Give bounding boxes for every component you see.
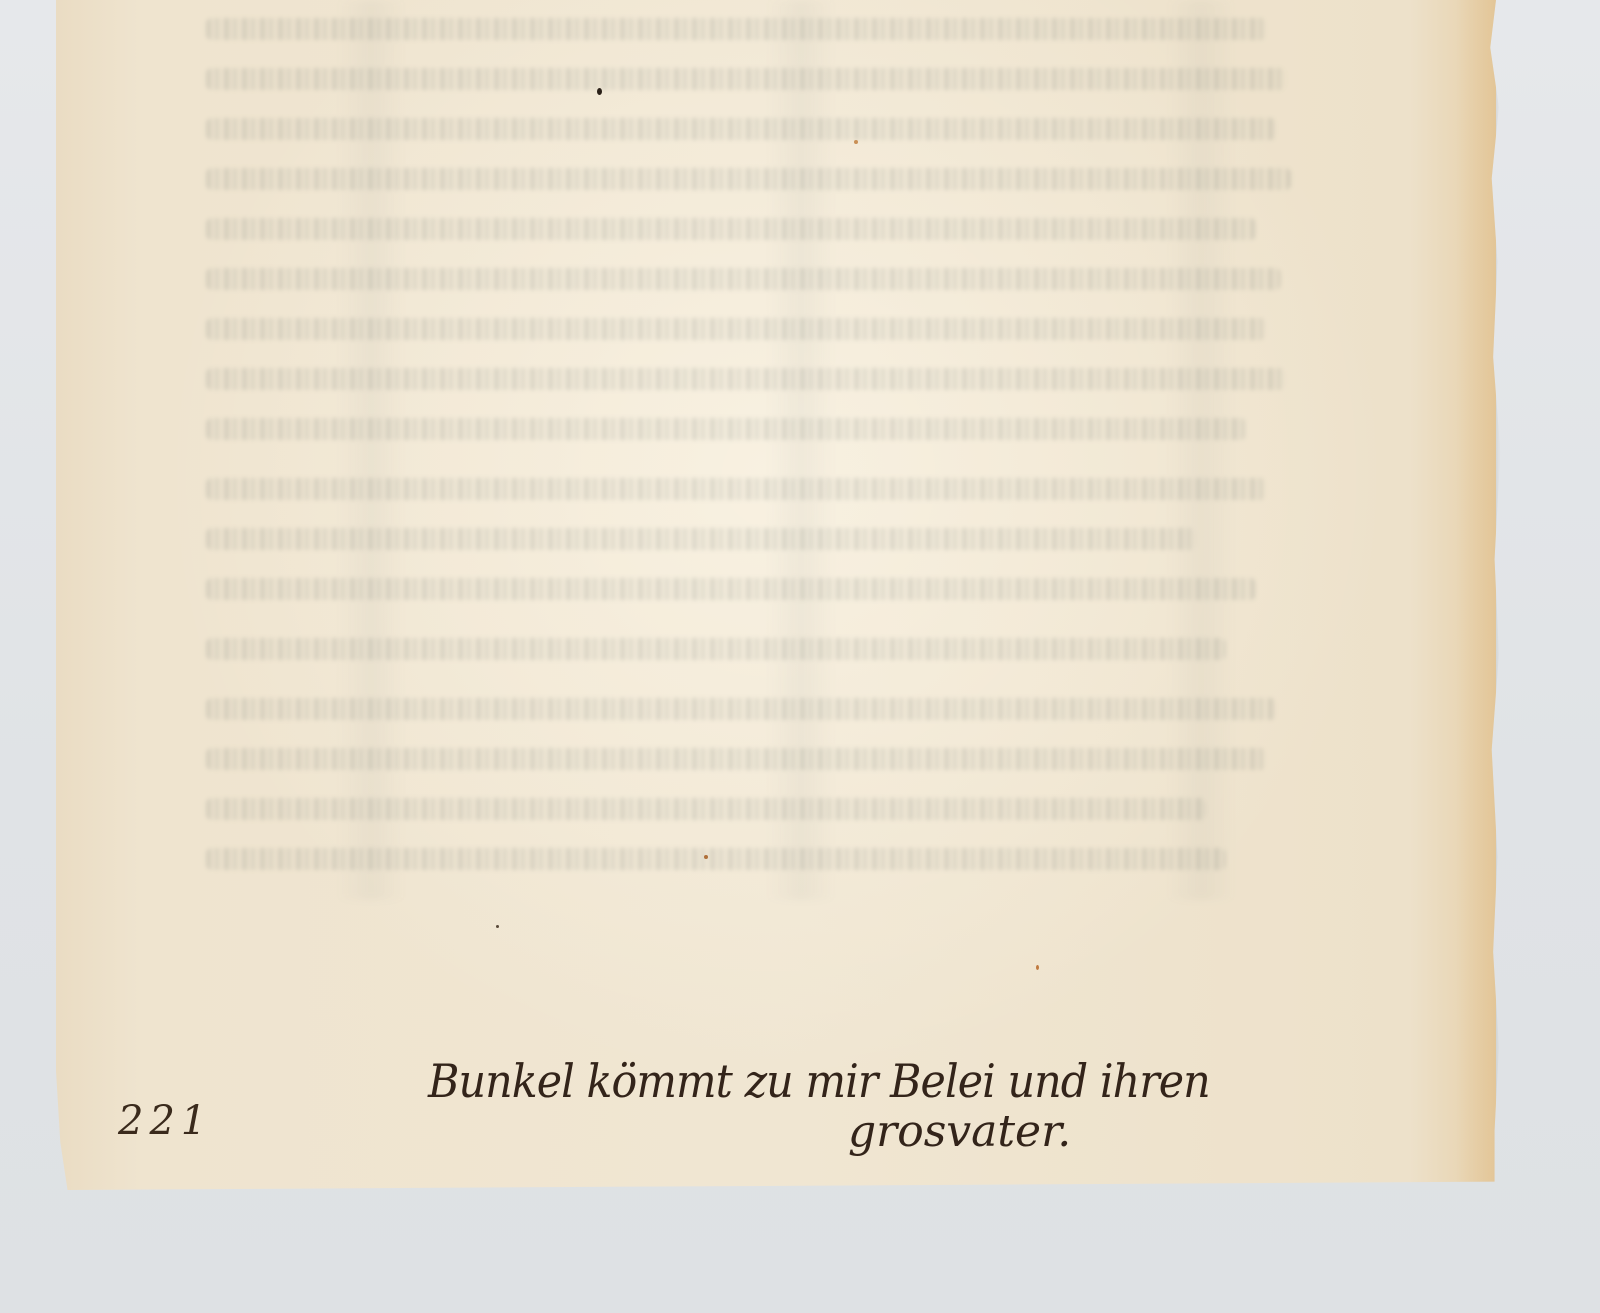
show-through-line	[206, 638, 1226, 660]
annotation-line-2: grosvater.	[848, 1110, 1269, 1154]
ink-speck	[496, 925, 499, 928]
show-through-line	[206, 118, 1276, 140]
show-through-line	[206, 698, 1276, 720]
annotation-line-1: Bunkel kömmt zu mir Belei und ihren	[428, 1058, 1210, 1104]
show-through-line	[206, 798, 1206, 820]
show-through-line	[206, 748, 1266, 770]
page-number: 221	[118, 1098, 212, 1144]
show-through-line	[206, 418, 1246, 440]
handwritten-annotation: Bunkel kömmt zu mir Belei und ihren gros…	[428, 1058, 1269, 1154]
show-through-line	[206, 528, 1196, 550]
show-through-line	[206, 848, 1226, 870]
ink-speck	[597, 88, 602, 95]
foxing-spot	[854, 140, 858, 144]
show-through-line	[206, 268, 1281, 290]
foxing-spot	[704, 855, 708, 859]
show-through-line	[206, 478, 1266, 500]
printed-text-show-through	[206, 0, 1296, 900]
show-through-line	[206, 578, 1256, 600]
show-through-line	[206, 168, 1291, 190]
show-through-line	[206, 68, 1286, 90]
foxing-spot	[1036, 965, 1039, 970]
show-through-line	[206, 18, 1266, 40]
edge-stain	[1456, 0, 1496, 1190]
show-through-line	[206, 318, 1266, 340]
show-through-line	[206, 218, 1256, 240]
paper-sheet	[56, 0, 1496, 1190]
show-through-line	[206, 368, 1286, 390]
